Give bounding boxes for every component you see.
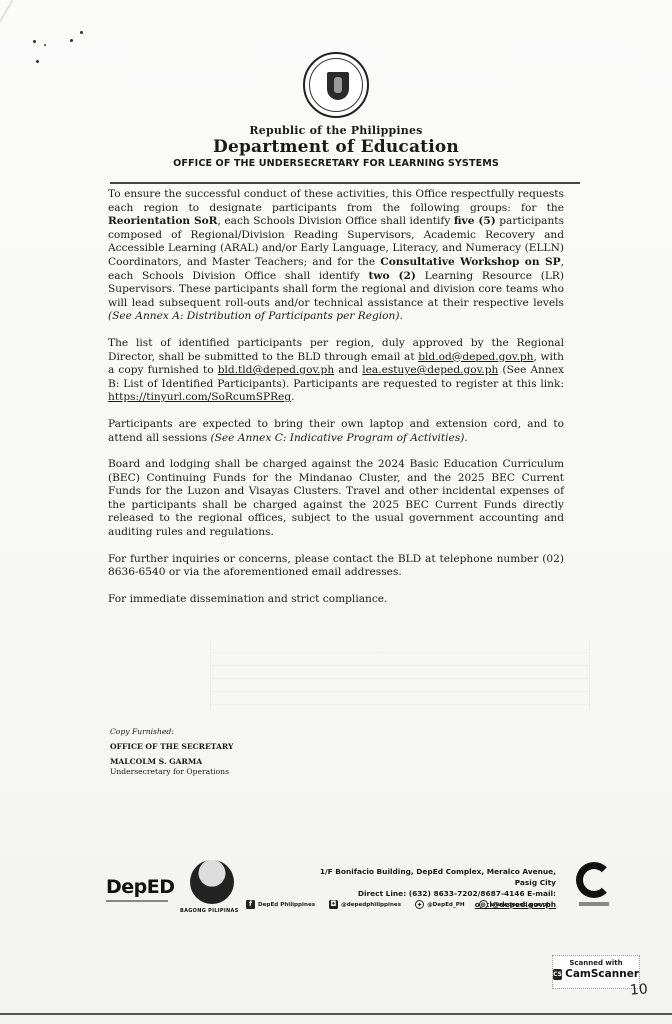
address-line: 1/F Bonifacio Building, DepEd Complex, M…: [296, 866, 556, 888]
republic-title: Republic of the Philippines: [0, 124, 672, 137]
email-link-lea-estuye[interactable]: lea.estuye@deped.gov.ph: [362, 364, 498, 376]
social-website[interactable]: ⊕ www.deped.gov.ph: [479, 900, 551, 909]
document-page: Republic of the Philippines Department o…: [0, 0, 672, 1024]
deped-logo: DepED: [106, 876, 175, 898]
social-instagram[interactable]: ◘ @depedphilippines: [329, 900, 401, 909]
deped-logo-tagline: [106, 900, 168, 902]
copy-furnished-label: Copy Furnished:: [110, 727, 233, 737]
letter-footer: DepED BAGONG PILIPINAS 1/F Bonifacio Bui…: [0, 850, 672, 930]
copy-furnished-office: OFFICE OF THE SECRETARY: [110, 742, 233, 752]
paragraph-inquiries: For further inquiries or concerns, pleas…: [108, 553, 564, 580]
instagram-icon: ◘: [329, 900, 338, 909]
office-title: OFFICE OF THE UNDERSECRETARY FOR LEARNIN…: [0, 158, 672, 169]
annex-a-reference: (See Annex A: Distribution of Participan…: [108, 310, 403, 322]
deped-seal-icon: [303, 52, 369, 118]
scan-bottom-edge: [0, 1013, 672, 1015]
social-links: f DepEd Philippines ◘ @depedphilippines …: [246, 900, 566, 909]
back-page-show-through: [210, 640, 590, 710]
email-link-bld-tld[interactable]: bld.tld@deped.gov.ph: [218, 364, 334, 376]
copy-furnished-title: Undersecretary for Operations: [110, 767, 233, 777]
twitter-icon: ✦: [415, 900, 424, 909]
paragraph-funding: Board and lodging shall be charged again…: [108, 458, 564, 540]
iso-certification-icon: [576, 862, 612, 898]
paragraph-submission: The list of identified participants per …: [108, 337, 564, 405]
handwritten-page-number: 10: [629, 981, 648, 998]
globe-icon: ⊕: [479, 900, 488, 909]
memo-body: To ensure the successful conduct of thes…: [108, 188, 564, 619]
paragraph-participants: To ensure the successful conduct of thes…: [108, 188, 564, 324]
department-title: Department of Education: [0, 137, 672, 157]
copy-furnished-name: MALCOLM S. GARMA: [110, 757, 233, 767]
iso-certification-label: [579, 902, 609, 906]
bagong-pilipinas-label: BAGONG PILIPINAS: [180, 908, 239, 914]
letterhead: Republic of the Philippines Department o…: [0, 52, 672, 169]
email-link-bld-od[interactable]: bld.od@deped.gov.ph: [418, 351, 533, 363]
reorientation-sor: Reorientation SoR: [108, 215, 218, 227]
camscanner-watermark: Scanned with CS CamScanner: [552, 955, 640, 989]
header-divider: [110, 182, 580, 184]
copy-furnished: Copy Furnished: OFFICE OF THE SECRETARY …: [110, 727, 233, 777]
bagong-pilipinas-logo-icon: [190, 860, 234, 904]
registration-link[interactable]: https://tinyurl.com/SoRcumSPReg: [108, 391, 291, 403]
annex-c-reference: (See Annex C: Indicative Program of Acti…: [211, 432, 468, 444]
paragraph-compliance: For immediate dissemination and strict c…: [108, 593, 564, 607]
social-facebook[interactable]: f DepEd Philippines: [246, 900, 315, 909]
facebook-icon: f: [246, 900, 255, 909]
paragraph-laptop: Participants are expected to bring their…: [108, 418, 564, 445]
camscanner-logo-icon: CS: [553, 969, 562, 980]
camscanner-brand: CS CamScanner: [553, 968, 639, 980]
social-twitter[interactable]: ✦ @DepEd_PH: [415, 900, 464, 909]
consultative-workshop-sp: Consultative Workshop on SP: [380, 256, 560, 268]
scanned-with-label: Scanned with: [553, 959, 639, 967]
